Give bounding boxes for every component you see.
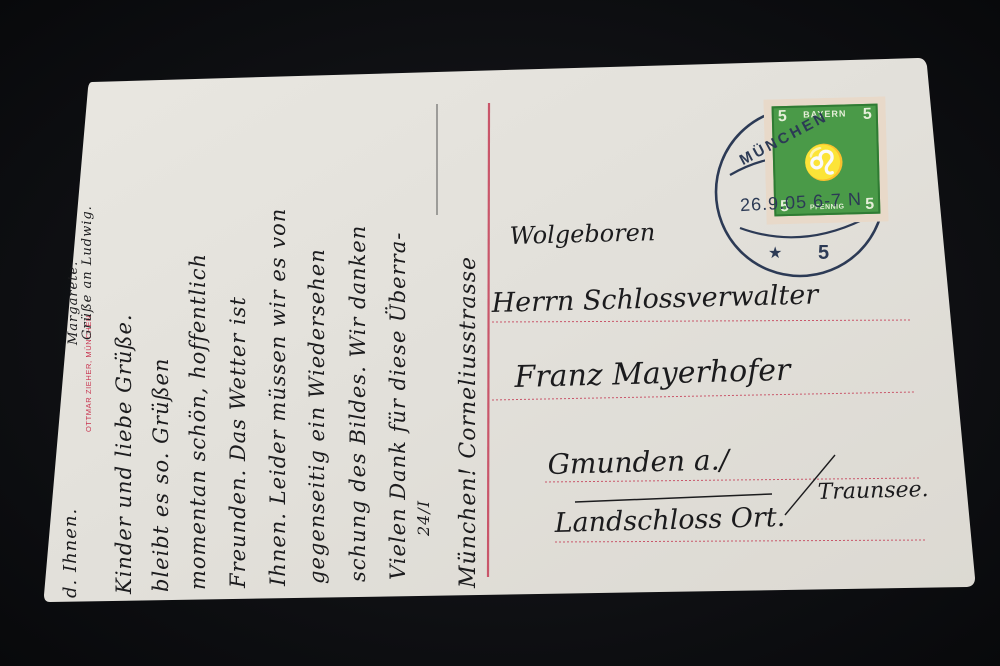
stamp-denomination-tl: 5 [778,108,787,126]
address-line: Franz Mayerhofer [514,353,791,395]
message-header: München! Corneliusstrasse [456,256,481,588]
postcard: BAYERN 5 5 5 5 ♌ PFENNIG MÜNCHEN 26.9.05… [0,0,1000,666]
message-line: schung des Bildes. Wir danken [346,225,370,582]
address-line: Landschloss Ort. [554,502,785,539]
lion-emblem-icon: ♌ [803,142,846,183]
address-salutation: Wolgeboren [509,218,655,250]
address-line: Gmunden a./ [547,443,729,481]
postmark-office-number: 5 [818,242,829,265]
message-line: Kinder und liebe Grüße. [112,313,136,594]
divider-line [488,103,489,577]
address-traunsee: Traunsee. [817,477,929,505]
message-line: momentan schön, hoffentlich [186,253,210,590]
postmark-star-icon: ★ [768,243,782,262]
message-line: Vielen Dank für diese Überra- [386,232,410,580]
message-line: Grüße an Ludwig. [80,205,95,340]
stamp-denomination-tr: 5 [863,106,872,124]
message-line: gegenseitig ein Wiedersehen [305,248,329,584]
message-line: Margarete. [66,261,81,345]
message-line: bleibt es so. Grüßen [149,358,173,592]
message-line: Ihnen. Leider müssen wir es von [266,208,290,586]
message-line: d. Ihnen. [60,508,81,598]
message-line: Freunden. Das Wetter ist [226,296,250,588]
message-date-note: 24/I [414,500,433,536]
